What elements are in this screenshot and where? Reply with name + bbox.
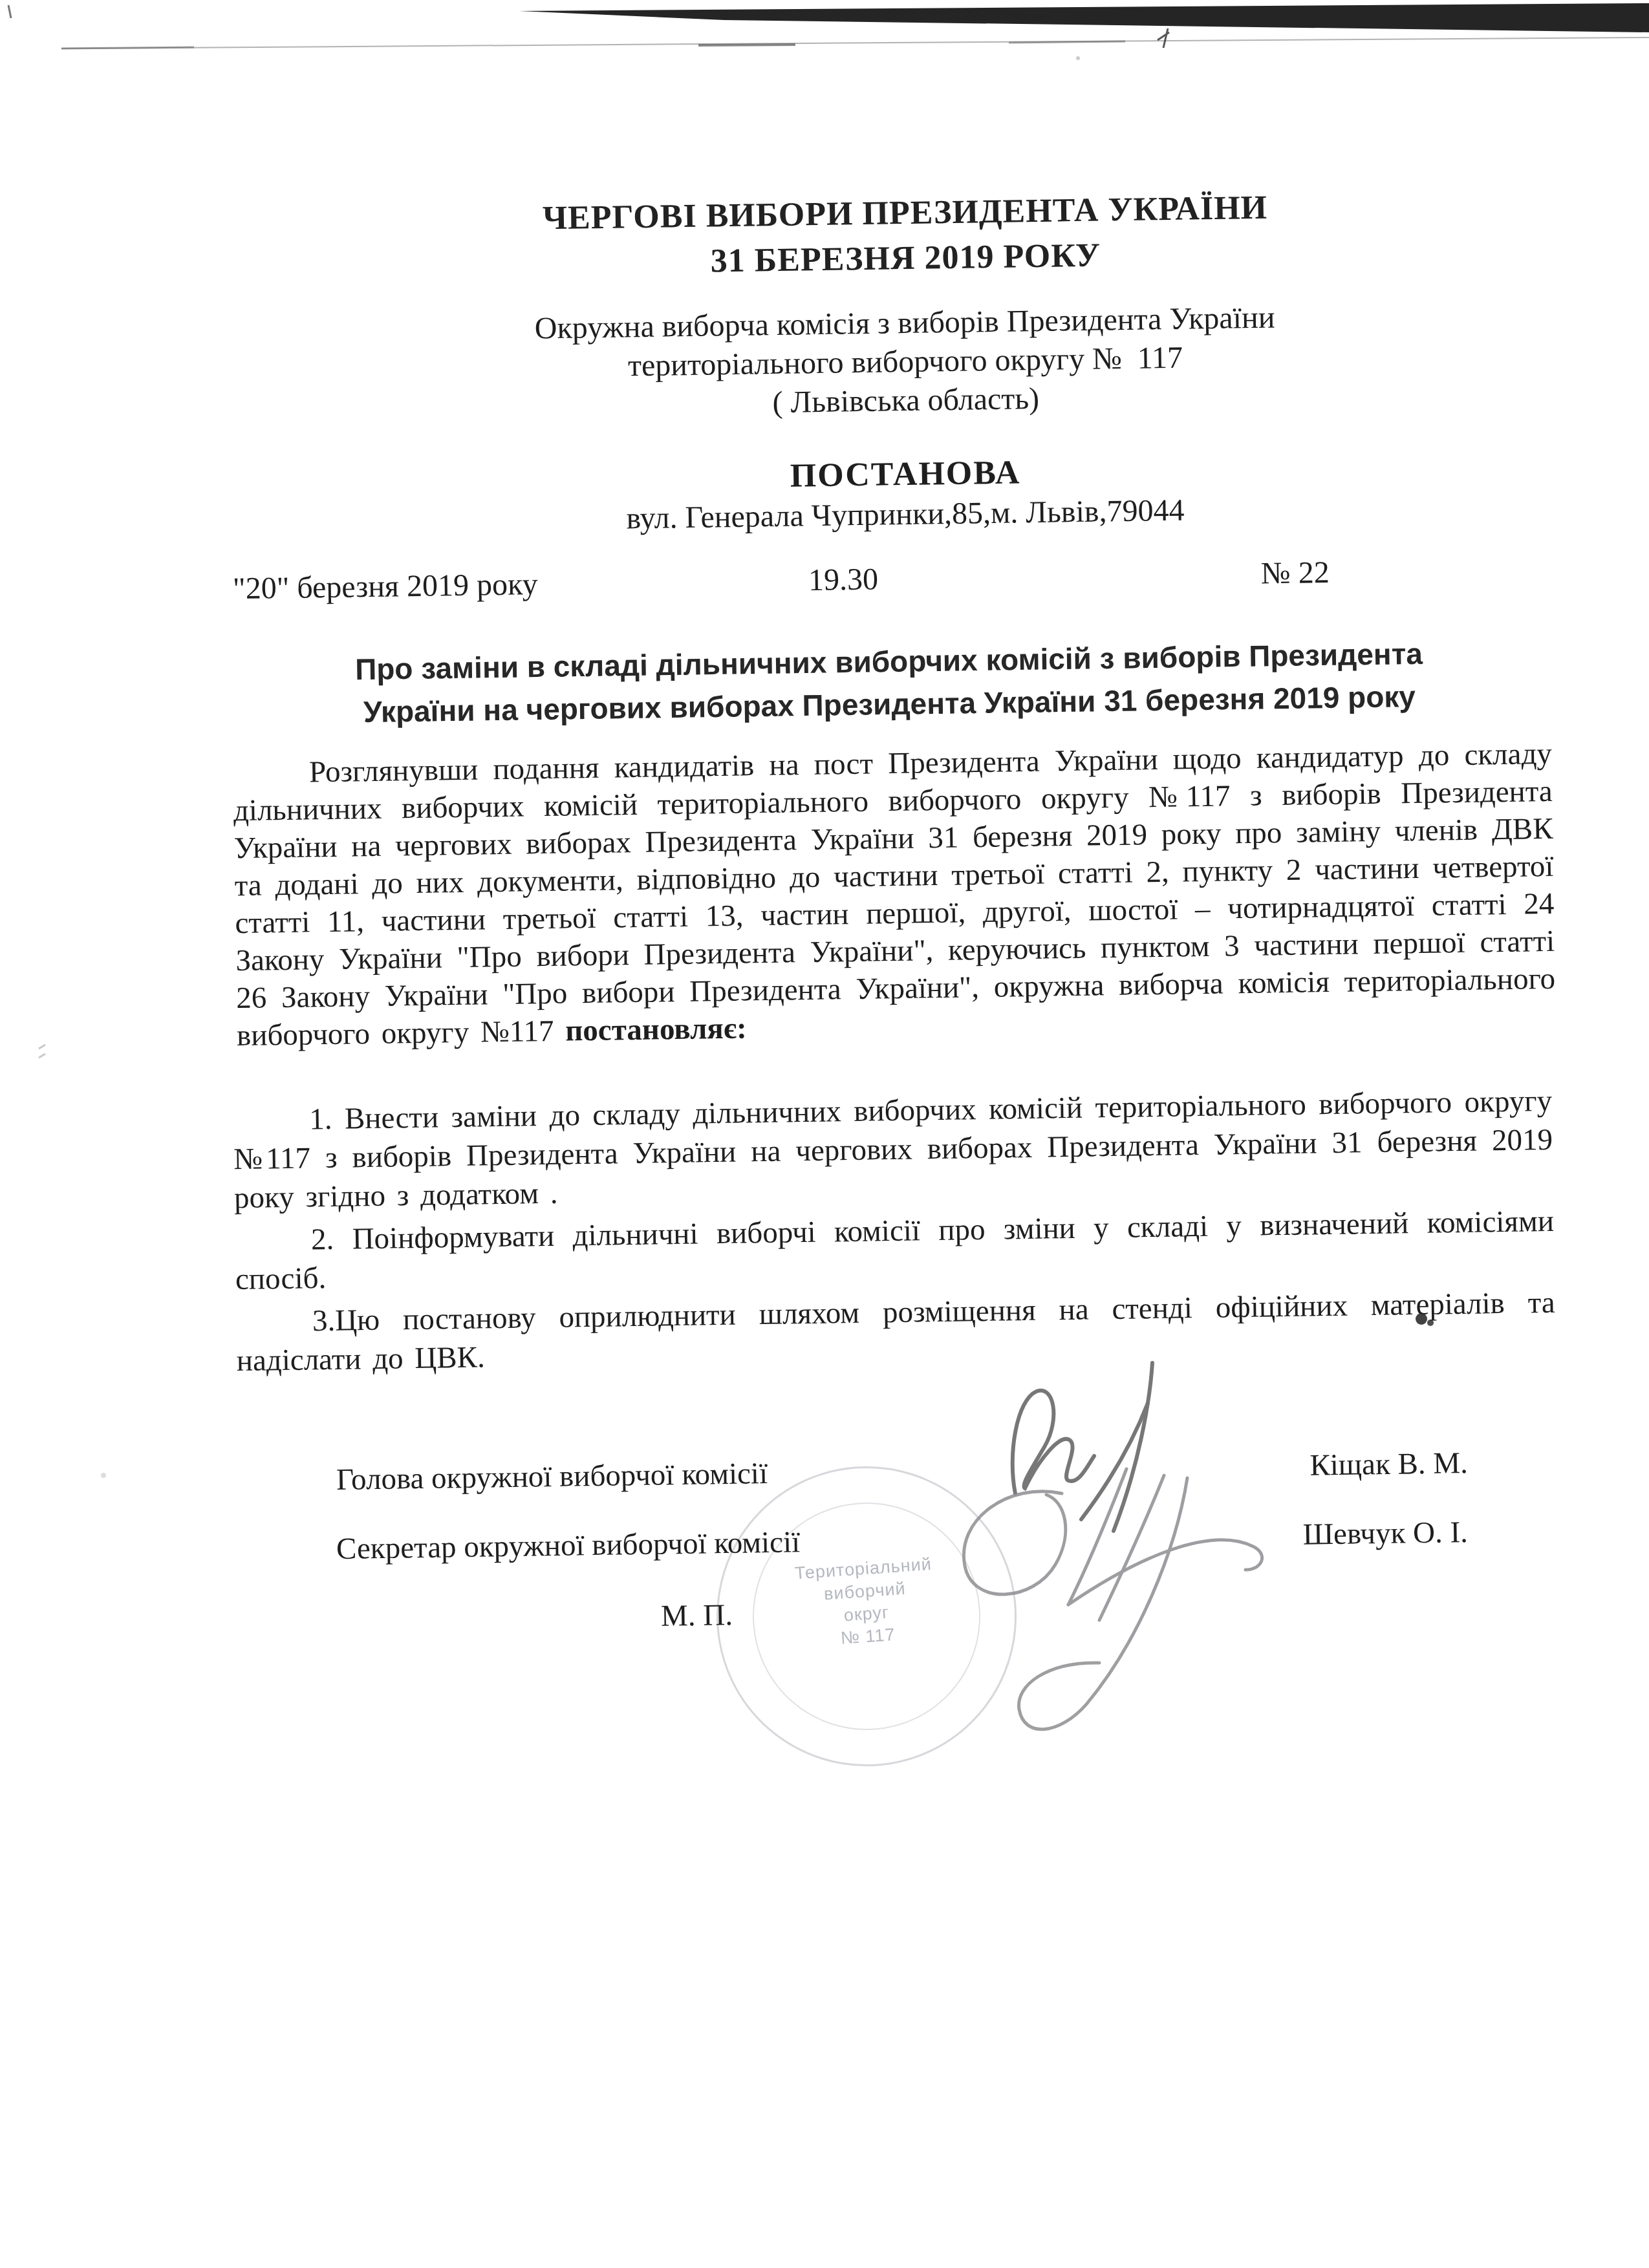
secretary-label: Секретар окружної виборчої комісії xyxy=(336,1524,801,1567)
intro-resolves-bold: постановляє: xyxy=(565,1011,747,1047)
document-content: ЧЕРГОВІ ВИБОРИ ПРЕЗИДЕНТА УКРАЇНИ 31 БЕР… xyxy=(0,0,1649,2268)
resolution-item-2: 2. Поінформувати дільничні виборчі коміс… xyxy=(235,1202,1555,1299)
signature-row-head: Голова окружної виборчої комісії Кіщак В… xyxy=(336,1445,1469,1498)
head-of-commission-label: Голова окружної виборчої комісії xyxy=(336,1455,768,1498)
resolution-item-1: 1. Внести заміни до складу дільничних ви… xyxy=(233,1082,1553,1217)
intro-text: Розглянувши подання кандидатів на пост П… xyxy=(233,737,1556,1053)
scanned-document-page: Територіальний виборчий округ № 117 ЧЕРГ… xyxy=(0,0,1649,2268)
seal-place-label: М. П. xyxy=(661,1598,733,1634)
intro-paragraph: Розглянувши подання кандидатів на пост П… xyxy=(233,735,1557,1054)
document-number: № 22 xyxy=(1260,555,1330,592)
secretary-name: Шевчук О. І. xyxy=(1302,1514,1468,1553)
document-date: "20" березня 2019 року xyxy=(233,566,538,606)
resolution-item-3: 3.Цю постанову оприлюднити шляхом розміщ… xyxy=(235,1283,1556,1380)
subject-heading: Про заміни в складі дільничних виборчих … xyxy=(145,629,1633,736)
meta-row: "20" березня 2019 року 19.30 № 22 xyxy=(233,551,1553,611)
head-of-commission-name: Кіщак В. М. xyxy=(1309,1445,1468,1484)
signature-row-secretary: Секретар окружної виборчої комісії Шевчу… xyxy=(336,1514,1469,1567)
commission-header: Окружна виборча комісія з виборів Презид… xyxy=(258,294,1553,430)
document-time: 19.30 xyxy=(808,561,879,598)
resolution-items: 1. Внести заміни до складу дільничних ви… xyxy=(233,1082,1556,1384)
document-title: ЧЕРГОВІ ВИБОРИ ПРЕЗИДЕНТА УКРАЇНИ 31 БЕР… xyxy=(258,181,1553,291)
